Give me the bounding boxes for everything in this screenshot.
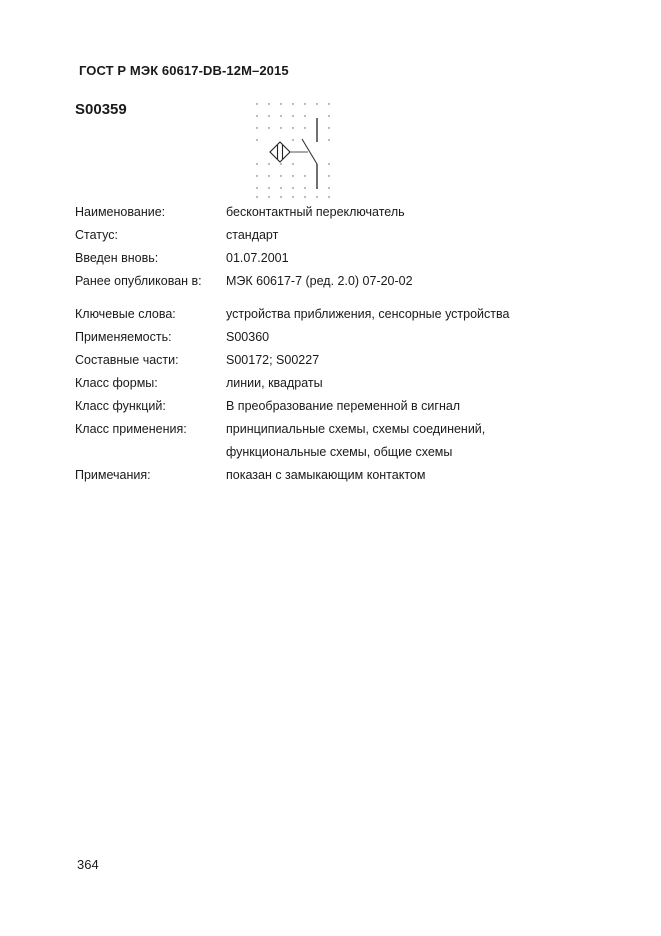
field-label: Применяемость: <box>75 330 172 344</box>
field-value: бесконтактный переключатель <box>226 205 405 219</box>
field-label: Ключевые слова: <box>75 307 176 321</box>
field-label: Класс функций: <box>75 399 166 413</box>
field-value: стандарт <box>226 228 278 242</box>
field-label: Примечания: <box>75 468 151 482</box>
proximity-switch-symbol-icon <box>250 98 340 200</box>
field-value: показан с замыкающим контактом <box>226 468 425 482</box>
field-label: Наименование: <box>75 205 165 219</box>
grid-dots <box>256 103 329 197</box>
field-label: Статус: <box>75 228 118 242</box>
field-label: Ранее опубликован в: <box>75 274 202 288</box>
field-value: 01.07.2001 <box>226 251 289 265</box>
document-header: ГОСТ Р МЭК 60617-DB-12M–2015 <box>79 63 289 78</box>
field-value: В преобразование переменной в сигнал <box>226 399 460 413</box>
field-value: функциональные схемы, общие схемы <box>226 445 452 459</box>
field-value: устройства приближения, сенсорные устрой… <box>226 307 509 321</box>
field-value: принципиальные схемы, схемы соединений, <box>226 422 485 436</box>
page-number: 364 <box>77 857 99 872</box>
field-label: Класс формы: <box>75 376 158 390</box>
field-label: Введен вновь: <box>75 251 158 265</box>
field-value: МЭК 60617-7 (ред. 2.0) 07-20-02 <box>226 274 413 288</box>
field-value: S00360 <box>226 330 269 344</box>
field-label: Класс применения: <box>75 422 187 436</box>
symbol-code: S00359 <box>75 101 127 118</box>
field-label: Составные части: <box>75 353 179 367</box>
field-value: линии, квадраты <box>226 376 323 390</box>
field-value: S00172; S00227 <box>226 353 319 367</box>
